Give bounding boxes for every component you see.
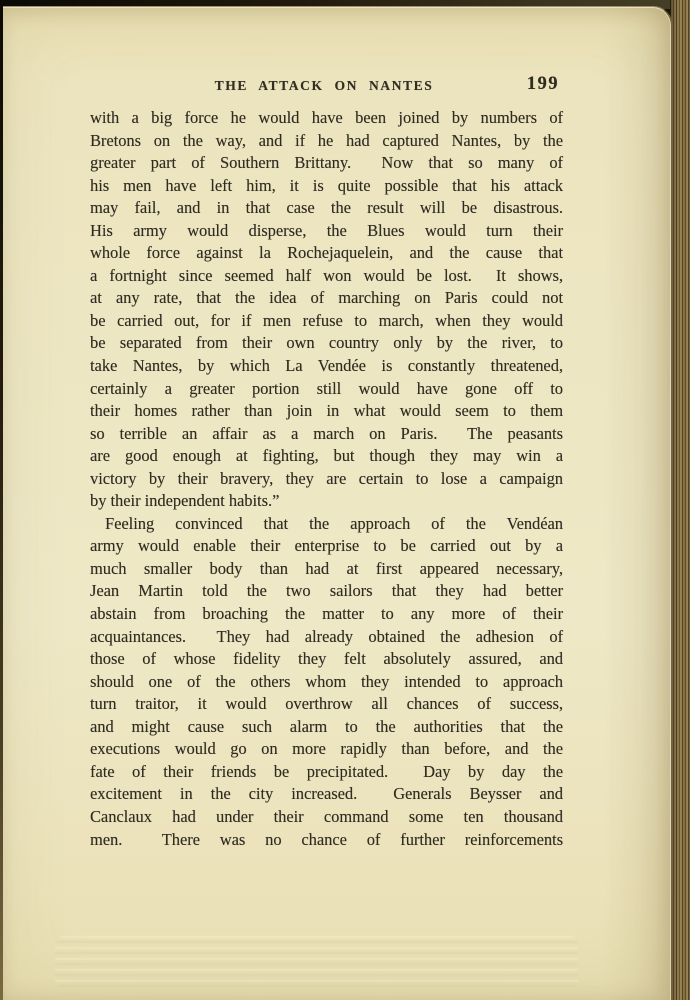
text-line: with a big force he would have been join… <box>90 107 563 130</box>
text-line: acquaintances. They had already obtained… <box>90 626 563 649</box>
text-line: turn traitor, it would overthrow all cha… <box>90 693 563 716</box>
text-line: much smaller body than had at first appe… <box>90 558 563 581</box>
text-line: those of whose fidelity they felt absolu… <box>90 648 563 671</box>
text-line: a fortnight since seemed half won would … <box>90 265 563 288</box>
text-line: greater part of Southern Brittany. Now t… <box>90 152 563 175</box>
text-line: their homes rather than join in what wou… <box>90 400 563 423</box>
text-line: men. There was no chance of further rein… <box>90 829 563 852</box>
text-block: with a big force he would have been join… <box>90 107 563 851</box>
text-line: and might cause such alarm to the author… <box>90 716 563 739</box>
scanner-banding-artifact <box>55 936 578 988</box>
page-number: 199 <box>527 74 559 95</box>
text-line: Bretons on the way, and if he had captur… <box>90 130 563 153</box>
book-page-edges-right <box>670 0 690 1000</box>
text-line: fate of their friends be precipitated. D… <box>90 761 563 784</box>
text-line: should one of the others whom they inten… <box>90 671 563 694</box>
text-line: excitement in the city increased. Genera… <box>90 783 563 806</box>
text-line: be carried out, for if men refuse to mar… <box>90 310 563 333</box>
text-line: abstain from broaching the matter to any… <box>90 603 563 626</box>
text-line: Feeling convinced that the approach of t… <box>90 513 563 536</box>
paragraph-2: Feeling convinced that the approach of t… <box>90 513 563 851</box>
text-line: certainly a greater portion still would … <box>90 378 563 401</box>
text-line: take Nantes, by which La Vendée is const… <box>90 355 563 378</box>
book-page-scan: THE ATTACK ON NANTES 199 with a big forc… <box>0 0 690 1000</box>
text-line: victory by their bravery, they are certa… <box>90 468 563 491</box>
text-line: so terrible an affair as a march on Pari… <box>90 423 563 446</box>
text-line: executions would go on more rapidly than… <box>90 738 563 761</box>
text-line: Canclaux had under their command some te… <box>90 806 563 829</box>
running-head: THE ATTACK ON NANTES 199 <box>87 75 561 96</box>
text-line: army would enable their enterprise to be… <box>90 535 563 558</box>
chapter-header-title: THE ATTACK ON NANTES <box>87 75 561 96</box>
text-line: are good enough at fighting, but though … <box>90 445 563 468</box>
paragraph-1: with a big force he would have been join… <box>90 107 563 513</box>
text-line: whole force against la Rochejaquelein, a… <box>90 242 563 265</box>
text-line: may fail, and in that case the result wi… <box>90 197 563 220</box>
text-line: at any rate, that the idea of marching o… <box>90 287 563 310</box>
text-line: His army would disperse, the Blues would… <box>90 220 563 243</box>
text-line: be separated from their own country only… <box>90 332 563 355</box>
text-line: his men have left him, it is quite possi… <box>90 175 563 198</box>
text-line: Jean Martin told the two sailors that th… <box>90 580 563 603</box>
text-line: by their independent habits.” <box>90 490 563 513</box>
